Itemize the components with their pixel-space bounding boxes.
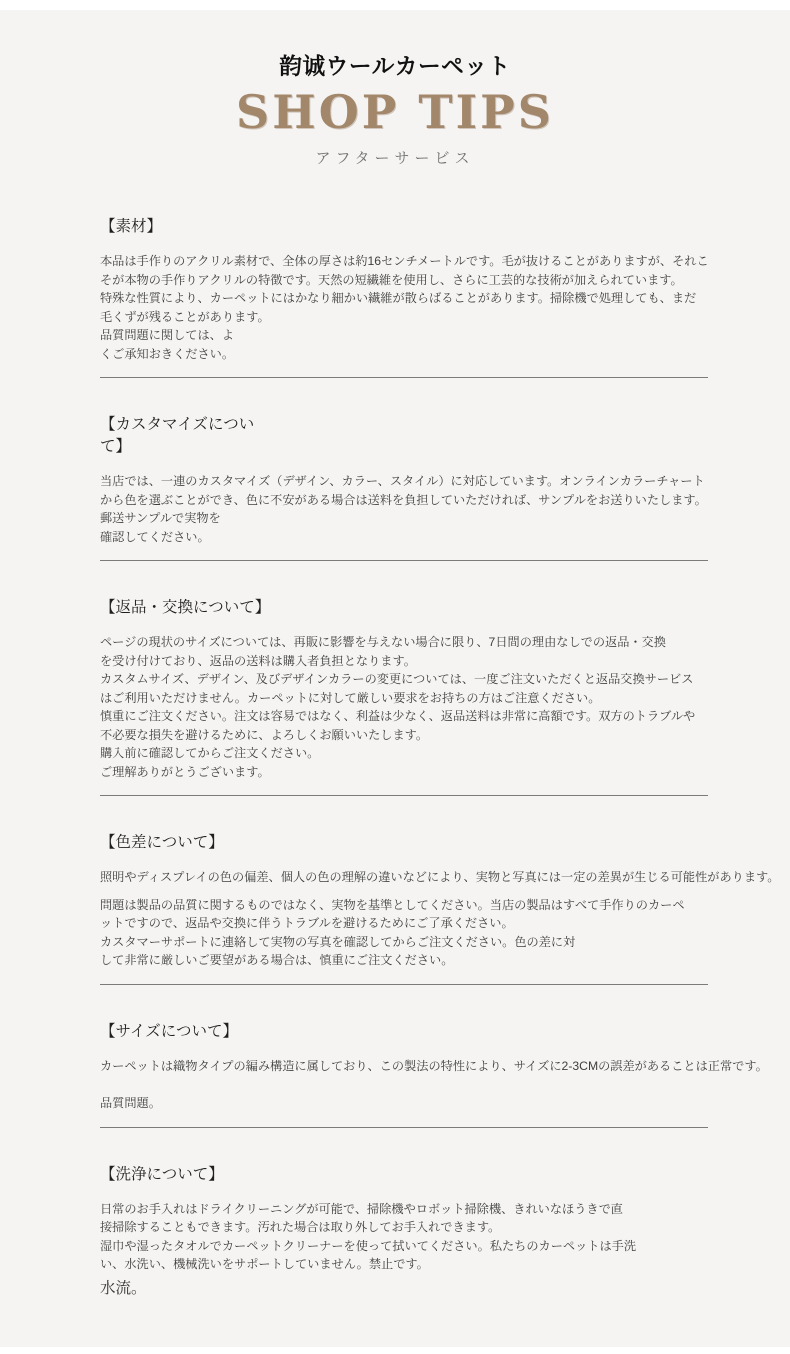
page-header: 韵诚ウールカーペット SHOP TIPS アフターサービス [0,10,790,168]
page-background: 韵诚ウールカーペット SHOP TIPS アフターサービス 【素材】 本品は手作… [0,10,790,1347]
section-material: 【素材】 本品は手作りのアクリル素材で、全体の厚さは約16センチメートルです。毛… [100,216,790,378]
section-size: 【サイズについて】 カーペットは織物タイプの編み構造に属しており、この製法の特性… [100,985,790,1128]
water-flow-note: 水流。 [100,1278,790,1300]
section-size-heading: 【サイズについて】 [100,1021,790,1043]
info-sections: 【素材】 本品は手作りのアクリル素材で、全体の厚さは約16センチメートルです。毛… [0,216,790,1300]
section-size-paragraph-2: 品質問題。 [100,1094,790,1113]
section-customization-heading: 【カスタマイズについ て】 [100,414,790,458]
section-customization: 【カスタマイズについ て】 当店では、一連のカスタマイズ（デザイン、カラー、スタ… [100,378,790,561]
section-washing-paragraph: 日常のお手入れはドライクリーニングが可能で、掃除機やロボット掃除機、きれいなほう… [100,1200,790,1274]
section-color-difference-paragraph-2: 問題は製品の品質に関するものではなく、実物を基準としてください。当店の製品はすべ… [100,896,790,970]
section-size-paragraph-1: カーペットは織物タイプの編み構造に属しており、この製法の特性により、サイズに2-… [100,1057,790,1076]
section-washing-heading: 【洗浄について】 [100,1164,790,1186]
section-color-difference-paragraph-1: 照明やディスプレイの色の偏差、個人の色の理解の違いなどにより、実物と写真には一定… [100,868,790,887]
section-material-paragraph: 本品は手作りのアクリル素材で、全体の厚さは約16センチメートルです。毛が抜けるこ… [100,252,790,363]
section-color-difference: 【色差について】 照明やディスプレイの色の偏差、個人の色の理解の違いなどにより、… [100,796,790,985]
section-returns: 【返品・交換について】 ページの現状のサイズについては、再販に影響を与えない場合… [100,561,790,796]
brand-title: 韵诚ウールカーペット [0,53,790,80]
section-washing: 【洗浄について】 日常のお手入れはドライクリーニングが可能で、掃除機やロボット掃… [100,1128,790,1300]
shop-tips-logo: SHOP TIPS [0,84,790,140]
after-service-subtitle: アフターサービス [0,150,790,168]
section-material-heading: 【素材】 [100,216,790,238]
section-color-difference-heading: 【色差について】 [100,832,790,854]
section-customization-paragraph: 当店では、一連のカスタマイズ（デザイン、カラー、スタイル）に対応しています。オン… [100,472,790,546]
section-returns-heading: 【返品・交換について】 [100,597,790,619]
section-returns-paragraph: ページの現状のサイズについては、再販に影響を与えない場合に限り、7日間の理由なし… [100,633,790,781]
